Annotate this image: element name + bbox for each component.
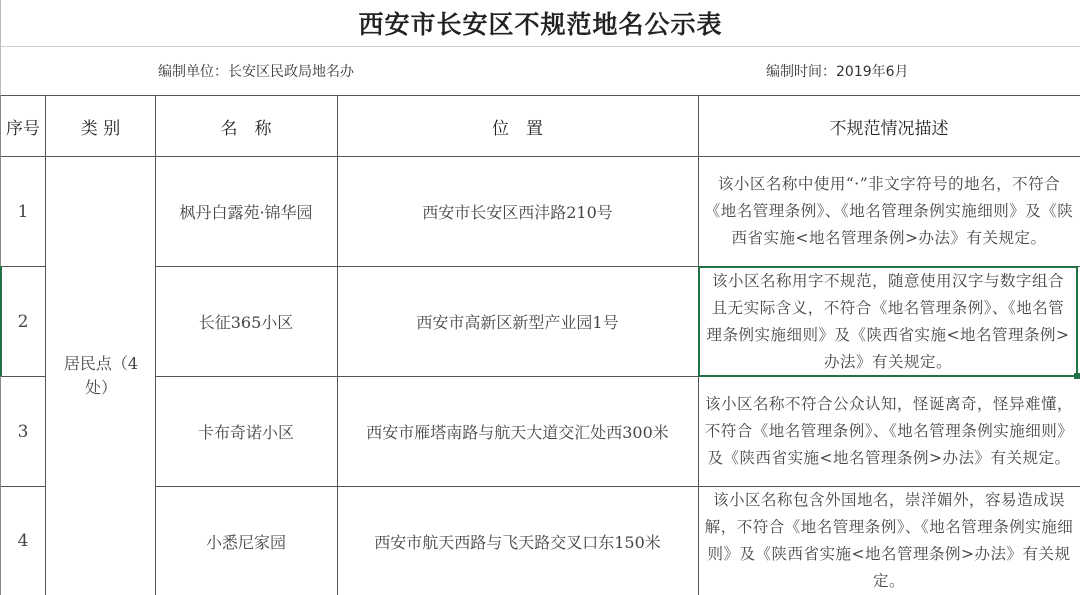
row-2-location[interactable]: 西安市高新区新型产业园1号 [337,267,698,376]
row-4-name[interactable]: 小悉尼家园 [155,487,337,595]
compiler-label: 编制单位：长安区民政局地名办 [158,47,354,95]
compile-time-label: 编制时间：2019年6月 [766,47,909,95]
header-category[interactable]: 类 别 [46,96,155,156]
row-4-description[interactable]: 该小区名称包含外国地名，崇洋媚外，容易造成误解，不符合《地名管理条例》、《地名管… [698,487,1080,595]
row-3-location[interactable]: 西安市雁塔南路与航天大道交汇处西300米 [337,377,698,486]
row-3-index[interactable]: 3 [0,377,46,486]
category-cell[interactable]: 居民点（4处） [50,157,152,595]
header-location[interactable]: 位 置 [337,96,698,156]
row-2-name[interactable]: 长征365小区 [155,267,337,376]
row-4-index[interactable]: 4 [0,487,46,595]
row-2-index[interactable]: 2 [0,267,46,376]
row-3-name[interactable]: 卡布奇诺小区 [155,377,337,486]
document-title: 西安市长安区不规范地名公示表 [0,0,1080,47]
row-1-description[interactable]: 该小区名称中使用“·”非文字符号的地名，不符合《地名管理条例》、《地名管理条例实… [698,157,1080,266]
row-4-location[interactable]: 西安市航天西路与飞天路交叉口东150米 [337,487,698,595]
header-index[interactable]: 序号 [0,96,46,156]
row-2-description-selected[interactable]: 该小区名称用字不规范，随意使用汉字与数字组合且无实际含义，不符合《地名管理条例》… [698,266,1078,377]
header-description[interactable]: 不规范情况描述 [698,96,1080,156]
row-1-name[interactable]: 枫丹白露苑·锦华园 [155,157,337,266]
row-1-index[interactable]: 1 [0,157,46,266]
header-name[interactable]: 名 称 [155,96,337,156]
row-1-location[interactable]: 西安市长安区西沣路210号 [337,157,698,266]
row-3-description[interactable]: 该小区名称不符合公众认知，怪诞离奇，怪异难懂，不符合《地名管理条例》、《地名管理… [698,377,1080,486]
